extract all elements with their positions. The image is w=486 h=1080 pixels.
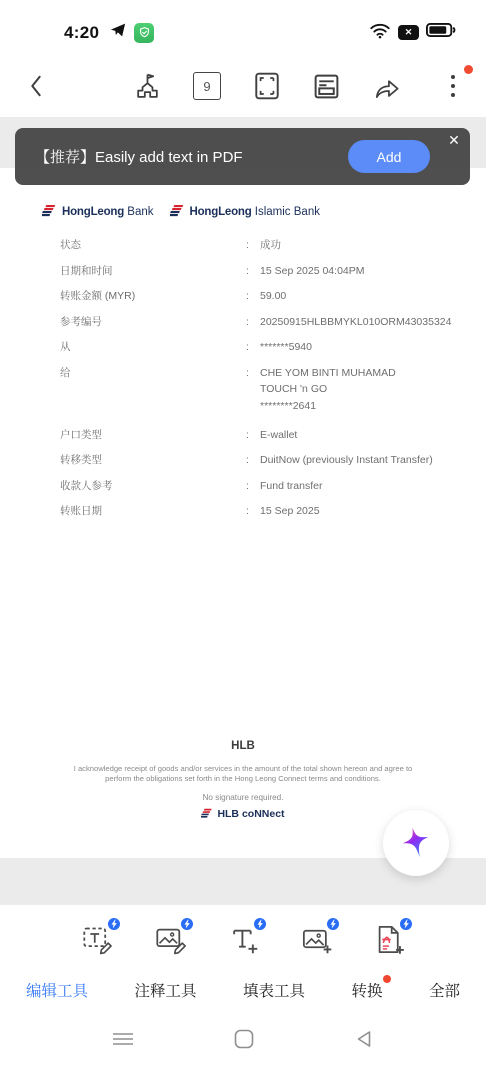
- receipt-footer: HLB I acknowledge receipt of goods and/o…: [0, 740, 486, 820]
- premium-bolt-badge: [179, 916, 195, 932]
- pdf-toolbar: 9: [0, 55, 486, 117]
- edit-text-tool[interactable]: [81, 923, 114, 956]
- edit-image-tool[interactable]: [154, 923, 187, 956]
- receipt-row-recipient-ref: 收款人参考:Fund transfer: [60, 480, 458, 493]
- android-nav-bar: [0, 1013, 486, 1080]
- reader-view-icon[interactable]: [312, 72, 341, 101]
- wifi-icon: [369, 22, 391, 44]
- page-number-icon[interactable]: 9: [193, 72, 221, 100]
- receipt-row-transfer-type: 转移类型:DuitNow (previously Instant Transfe…: [60, 454, 458, 467]
- add-text-tool[interactable]: [227, 923, 260, 956]
- premium-bolt-badge: [398, 916, 414, 932]
- add-image-tool[interactable]: [300, 923, 333, 956]
- telegram-notification-icon: [109, 21, 127, 44]
- ai-sparkle-icon: [397, 824, 435, 862]
- premium-bolt-badge: [106, 916, 122, 932]
- status-bar: 4:20 ✕: [0, 0, 486, 55]
- tab-convert[interactable]: 转换: [351, 979, 382, 1001]
- share-icon[interactable]: [372, 72, 401, 101]
- tab-form-tools[interactable]: 填表工具: [243, 979, 305, 1001]
- no-signature-text: No signature required.: [0, 793, 486, 802]
- nav-back-icon[interactable]: [354, 1030, 374, 1053]
- tools-panel: 编辑工具 注释工具 填表工具 转换 全部: [0, 904, 486, 1013]
- close-icon[interactable]: ✕: [444, 130, 464, 150]
- home-icon[interactable]: [234, 1029, 254, 1054]
- receipt-row-transfer-date: 转账日期:15 Sep 2025: [60, 505, 458, 518]
- no-sim-icon: ✕: [398, 25, 419, 40]
- receipt-row-to: 给:CHE YOM BINTI MUHAMADTOUCH 'n GO******…: [60, 367, 458, 417]
- tab-edit-tools[interactable]: 编辑工具: [26, 979, 88, 1001]
- pdf-page[interactable]: HongLeong Bank HongLeong Islamic Bank 状态…: [0, 168, 486, 858]
- battery-icon: [426, 22, 456, 43]
- premium-bolt-badge: [252, 916, 268, 932]
- ai-assistant-button[interactable]: [383, 810, 449, 876]
- landmark-flag-icon[interactable]: [133, 72, 162, 101]
- receipt-details: 状态:成功 日期和时间:15 Sep 2025 04:04PM 转账金额 (MY…: [0, 219, 486, 518]
- acknowledgment-text: I acknowledge receipt of goods and/or se…: [67, 764, 419, 783]
- hong-leong-islamic-bank-logo: HongLeong Islamic Bank: [170, 204, 320, 219]
- overflow-menu-icon[interactable]: [438, 71, 468, 101]
- screen: 4:20 ✕ 9: [0, 0, 486, 1080]
- security-app-icon: [134, 23, 154, 43]
- recents-menu-icon[interactable]: [112, 1030, 134, 1053]
- receipt-row-datetime: 日期和时间:15 Sep 2025 04:04PM: [60, 265, 458, 278]
- add-signature-tool[interactable]: [373, 923, 406, 956]
- tab-all[interactable]: 全部: [429, 979, 460, 1001]
- crop-frame-icon[interactable]: [252, 72, 281, 101]
- receipt-row-from: 从:*******5940: [60, 341, 458, 354]
- receipt-row-status: 状态:成功: [60, 239, 458, 252]
- pdf-viewer[interactable]: 【推荐】Easily add text in PDF Add ✕ HongLeo…: [0, 117, 486, 904]
- promo-banner: 【推荐】Easily add text in PDF Add ✕: [15, 128, 470, 185]
- hlb-heading: HLB: [0, 740, 486, 752]
- tool-tabs: 编辑工具 注释工具 填表工具 转换 全部: [0, 967, 486, 1013]
- clock: 4:20: [64, 23, 99, 43]
- promo-text: 【推荐】Easily add text in PDF: [35, 146, 243, 167]
- receipt-row-amount: 转账金额 (MYR):59.00: [60, 290, 458, 303]
- receipt-row-account-type: 户口类型:E-wallet: [60, 429, 458, 442]
- menu-notification-dot: [464, 65, 473, 74]
- add-text-button[interactable]: Add: [348, 140, 430, 173]
- receipt-row-reference: 参考编号:20250915HLBBMYKL010ORM43035324: [60, 316, 458, 329]
- back-icon[interactable]: [22, 72, 50, 100]
- convert-notification-dot: [383, 975, 391, 983]
- tab-annotate-tools[interactable]: 注释工具: [134, 979, 196, 1001]
- hong-leong-bank-logo: HongLeong Bank: [42, 204, 154, 219]
- premium-bolt-badge: [325, 916, 341, 932]
